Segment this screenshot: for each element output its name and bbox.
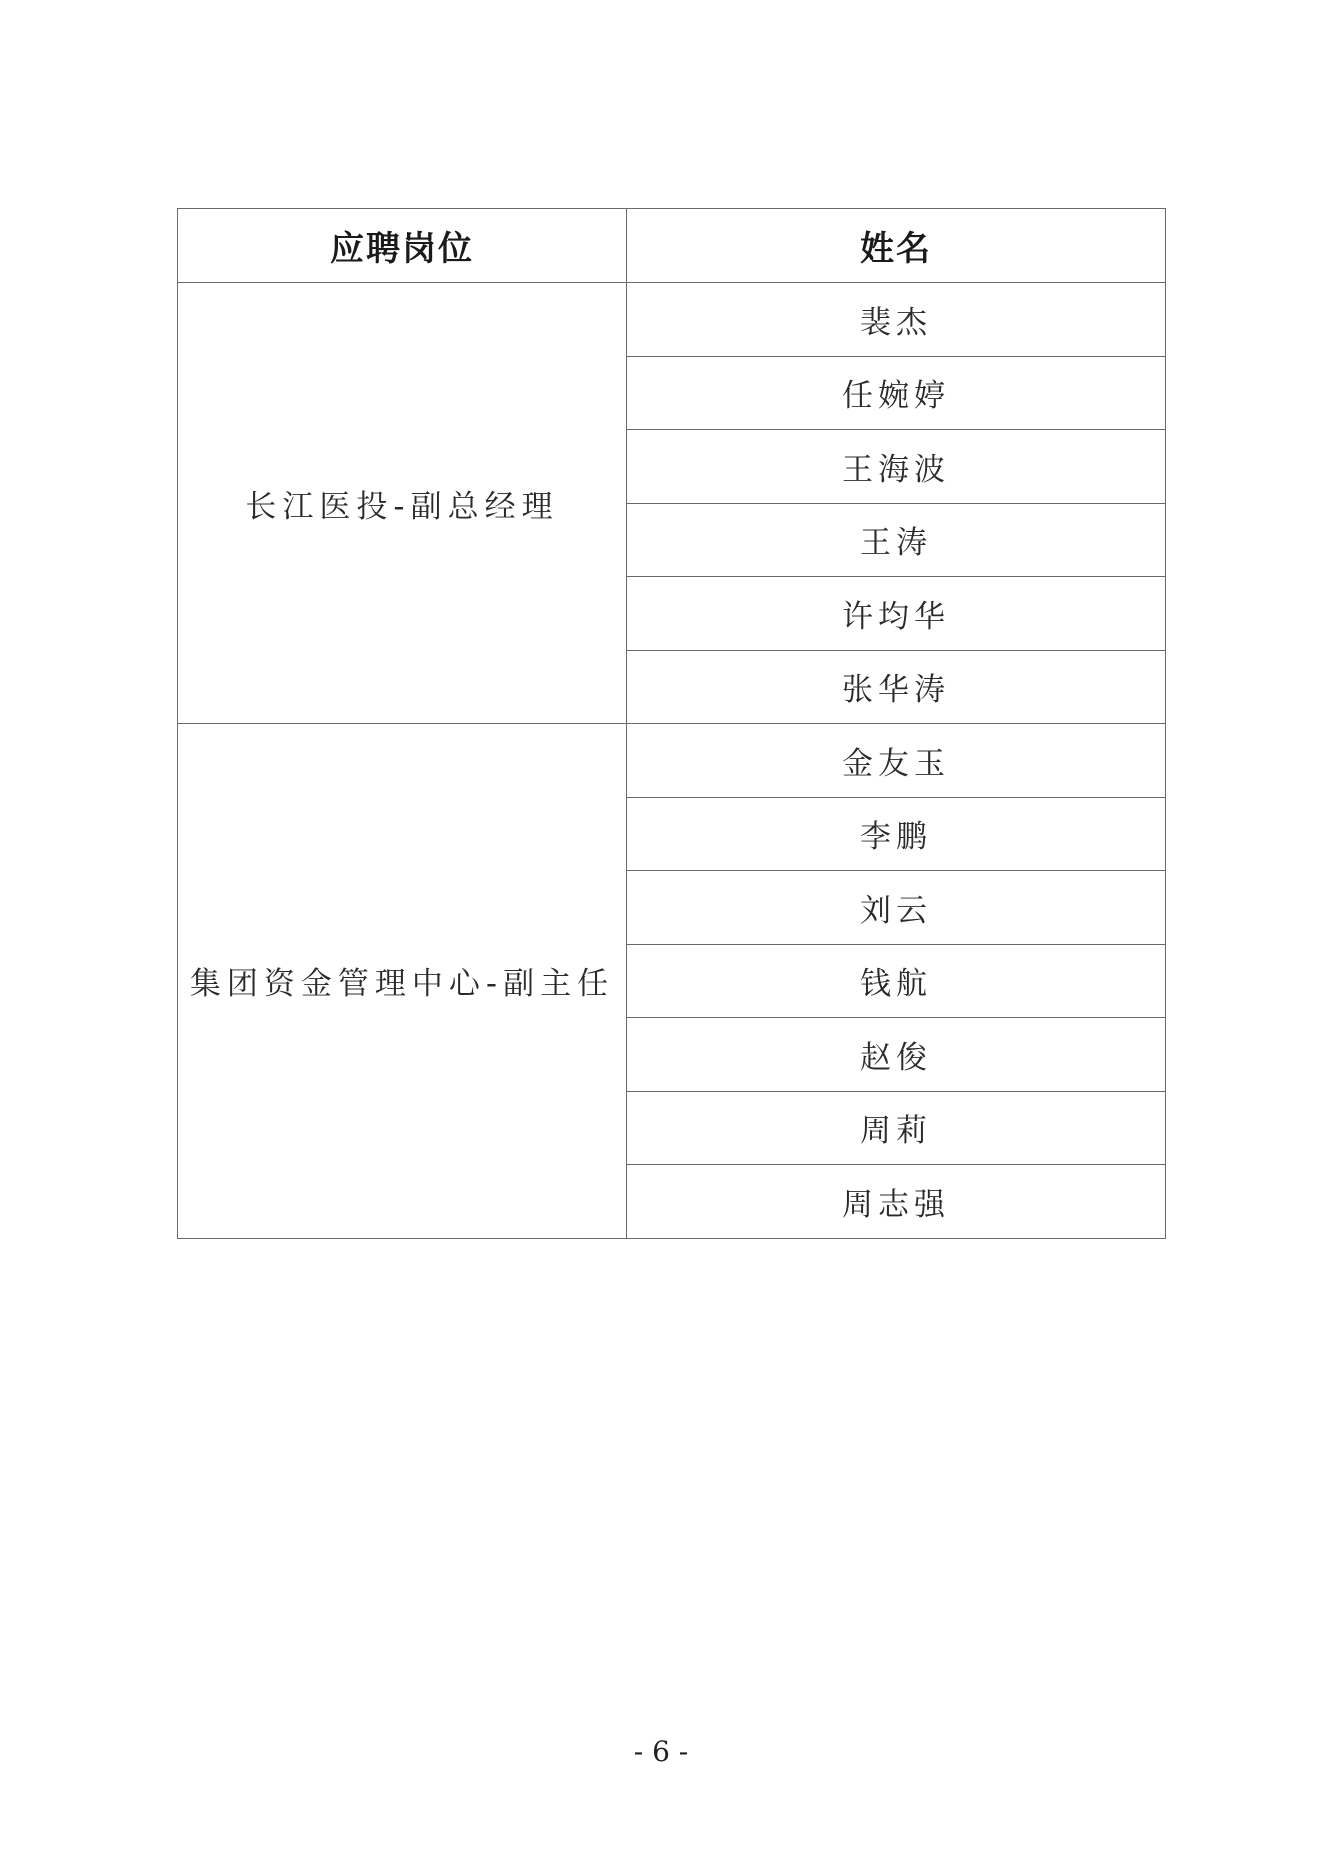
header-name: 姓名 [627,209,1166,283]
name-cell: 金友玉 [627,724,1166,798]
name-cell: 王海波 [627,430,1166,504]
table-row: 集团资金管理中心-副主任 金友玉 [178,724,1166,798]
name-cell: 周莉 [627,1091,1166,1165]
name-cell: 张华涛 [627,650,1166,724]
name-cell: 裴杰 [627,283,1166,357]
position-cell: 长江医投-副总经理 [178,283,627,724]
name-cell: 许均华 [627,577,1166,651]
header-position: 应聘岗位 [178,209,627,283]
name-cell: 刘云 [627,871,1166,945]
name-cell: 钱航 [627,944,1166,1018]
position-cell: 集团资金管理中心-副主任 [178,724,627,1239]
candidate-table: 应聘岗位 姓名 长江医投-副总经理 裴杰 任婉婷 王海波 王涛 许均华 [177,208,1166,1239]
document-page: 应聘岗位 姓名 长江医投-副总经理 裴杰 任婉婷 王海波 王涛 许均华 [0,0,1322,1871]
name-cell: 周志强 [627,1165,1166,1239]
page-number: - 6 - [0,1735,1322,1768]
table-row: 长江医投-副总经理 裴杰 [178,283,1166,357]
name-cell: 任婉婷 [627,356,1166,430]
name-cell: 李鹏 [627,797,1166,871]
name-cell: 王涛 [627,503,1166,577]
table-header-row: 应聘岗位 姓名 [178,209,1166,283]
name-cell: 赵俊 [627,1018,1166,1092]
